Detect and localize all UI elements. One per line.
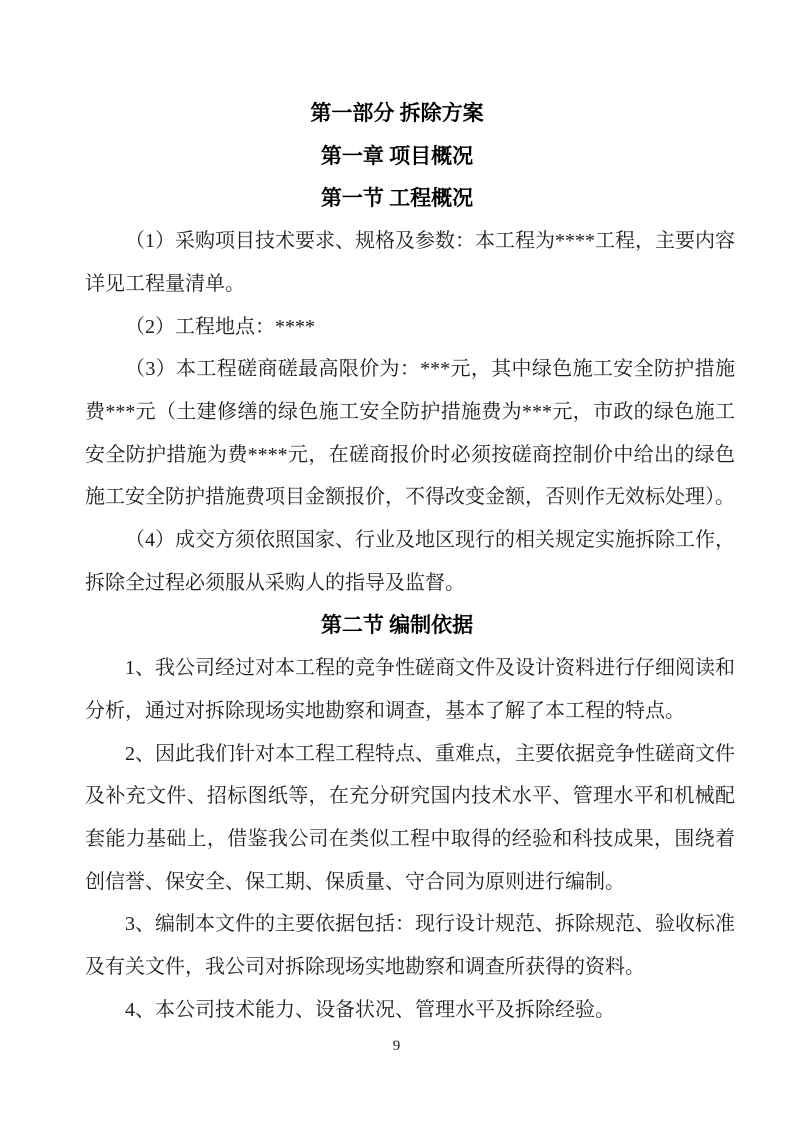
section-1-paragraph-3: （3）本工程磋商磋最高限价为：***元，其中绿色施工安全防护措施费***元（土建… bbox=[85, 348, 735, 519]
section-2-paragraph-1: 1、我公司经过对本工程的竞争性磋商文件及设计资料进行仔细阅读和分析，通过对拆除现… bbox=[85, 647, 735, 732]
document-content: 第一部分 拆除方案 第一章 项目概况 第一节 工程概况 （1）采购项目技术要求、… bbox=[85, 0, 735, 1031]
section-2-paragraph-3: 3、编制本文件的主要依据包括：现行设计规范、拆除规范、验收标准及有关文件，我公司… bbox=[85, 903, 735, 988]
section-1-paragraph-2: （2）工程地点：**** bbox=[85, 306, 735, 349]
section-1-heading: 第一节 工程概况 bbox=[72, 177, 722, 220]
section-2-paragraph-4: 4、本公司技术能力、设备状况、管理水平及拆除经验。 bbox=[85, 989, 735, 1032]
page-number: 9 bbox=[0, 1036, 793, 1056]
chapter-heading: 第一章 项目概况 bbox=[72, 135, 722, 178]
section-2-paragraph-2: 2、因此我们针对本工程工程特点、重难点，主要依据竞争性磋商文件及补充文件、招标图… bbox=[85, 733, 735, 904]
section-2-heading: 第二节 编制依据 bbox=[72, 604, 722, 647]
document-page: 第一部分 拆除方案 第一章 项目概况 第一节 工程概况 （1）采购项目技术要求、… bbox=[0, 0, 793, 1122]
part-heading: 第一部分 拆除方案 bbox=[72, 92, 722, 135]
section-1-paragraph-1: （1）采购项目技术要求、规格及参数：本工程为****工程，主要内容详见工程量清单… bbox=[85, 220, 735, 305]
section-1-paragraph-4: （4）成交方须依照国家、行业及地区现行的相关规定实施拆除工作，拆除全过程必须服从… bbox=[85, 519, 735, 604]
